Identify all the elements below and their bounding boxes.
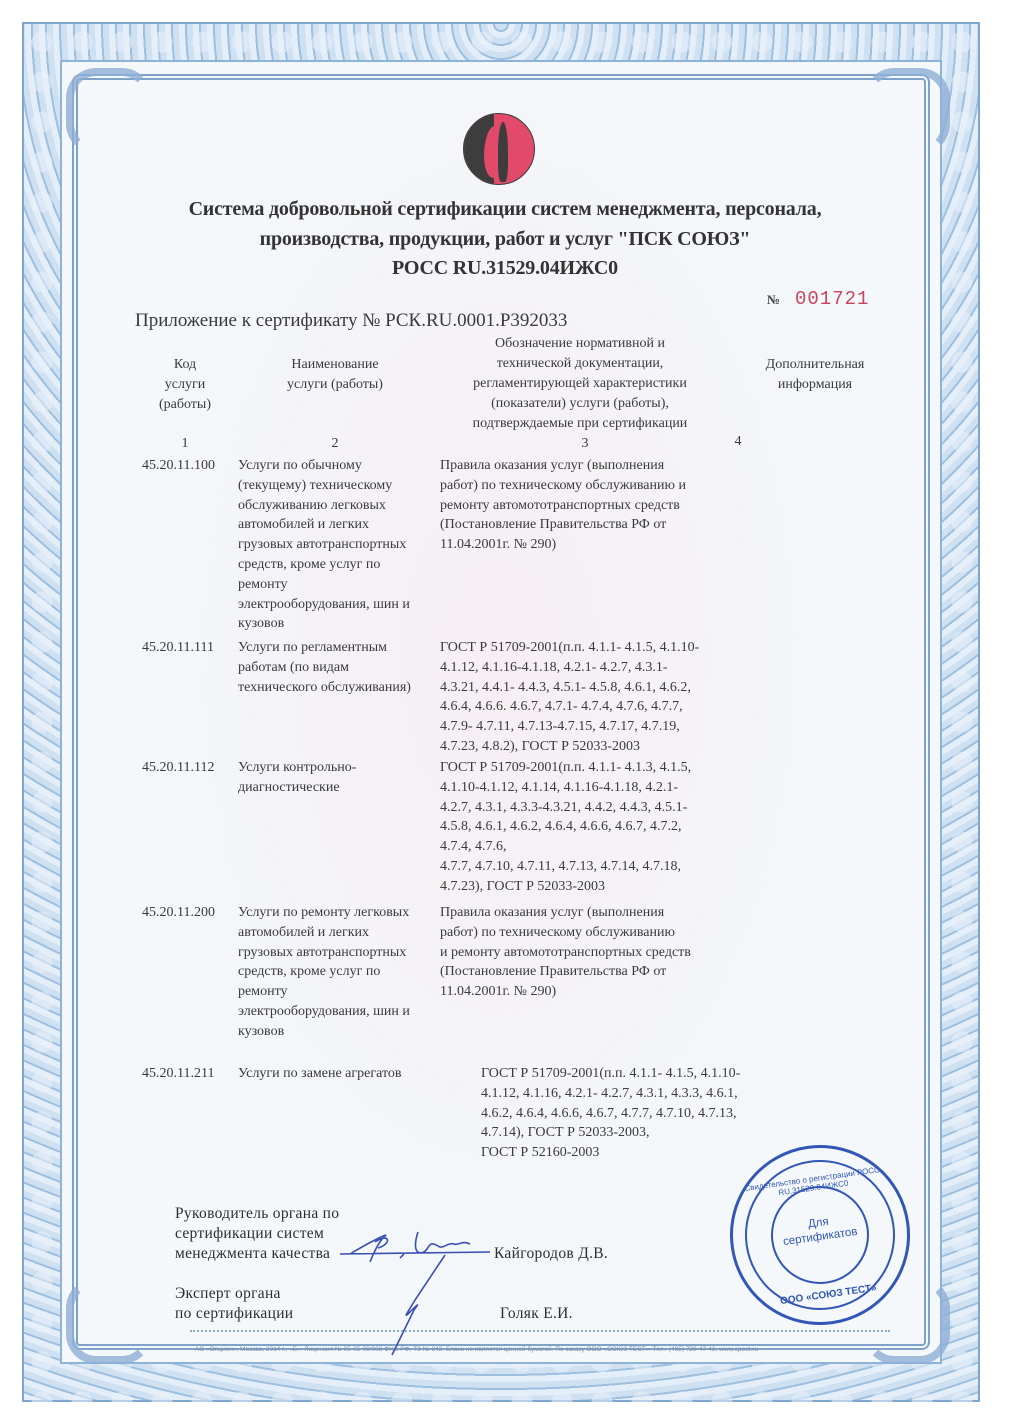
appendix-title: Приложение к сертификату № РСК.RU.0001.Р… (135, 310, 567, 332)
col-header-name: Наименование услуги (работы) (245, 355, 425, 395)
col-index-4: 4 (718, 432, 758, 452)
row-code: 45.20.11.112 (142, 758, 214, 778)
row-name: Услуги по обычному (текущему) техническо… (238, 456, 438, 634)
title-line-3: РОСС RU.31529.04ИЖС0 (100, 257, 910, 280)
row-name: Услуги по замене агрегатов (238, 1064, 458, 1084)
row-code: 45.20.11.111 (142, 638, 214, 658)
col-header-docs: Обозначение нормативной и технической до… (430, 334, 730, 434)
row-name: Услуги контрольно- диагностические (238, 758, 438, 798)
title-line-2: производства, продукции, работ и услуг "… (100, 228, 910, 251)
row-docs: Правила оказания услуг (выполнения работ… (440, 456, 740, 555)
row-name: Услуги по ремонту легковых автомобилей и… (238, 903, 438, 1042)
row-code: 45.20.11.100 (142, 456, 215, 476)
row-docs: ГОСТ Р 51709-2001(п.п. 4.1.1- 4.1.5, 4.1… (481, 1064, 791, 1163)
expert-name: Голяк Е.И. (500, 1304, 573, 1324)
row-docs: ГОСТ Р 51709-2001(п.п. 4.1.1- 4.1.5, 4.1… (440, 638, 750, 757)
row-code: 45.20.11.211 (142, 1064, 214, 1084)
head-name: Кайгородов Д.В. (494, 1244, 608, 1264)
col-header-info: Дополнительная информация (735, 355, 895, 395)
row-docs: ГОСТ Р 51709-2001(п.п. 4.1.1- 4.1.3, 4.1… (440, 758, 750, 897)
row-code: 45.20.11.200 (142, 903, 215, 923)
col-index-3: 3 (565, 434, 605, 454)
head-title: Руководитель органа по сертификации сист… (175, 1204, 339, 1264)
row-name: Услуги по регламентным работам (по видам… (238, 638, 438, 697)
form-number: 001721 (795, 288, 869, 310)
col-header-code: Код услуги (работы) (135, 355, 235, 415)
decorative-chain (190, 1330, 890, 1338)
expert-title: Эксперт органа по сертификации (175, 1284, 293, 1324)
row-docs: Правила оказания услуг (выполнения работ… (440, 903, 750, 1002)
col-index-1: 1 (165, 434, 205, 454)
flame-logo-icon (463, 113, 535, 185)
col-index-2: 2 (315, 434, 355, 454)
printer-footer: АО «Опцион», Москва, 2014 г., «Б». Лицен… (195, 1346, 758, 1353)
title-line-1: Система добровольной сертификации систем… (100, 198, 910, 221)
number-label: № (767, 292, 780, 308)
